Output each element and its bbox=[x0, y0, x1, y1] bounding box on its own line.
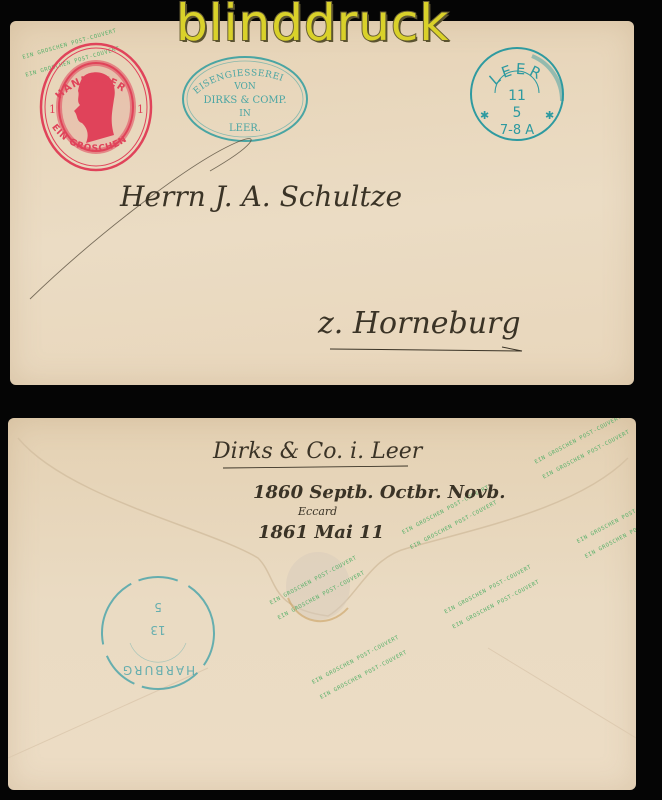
postmark-month: 5 bbox=[513, 105, 522, 121]
star-icon: ✱ bbox=[480, 109, 489, 122]
cachet-line-2: VON bbox=[233, 82, 256, 92]
note-sender: Dirks & Co. i. Leer bbox=[212, 439, 424, 464]
postmark-day: 11 bbox=[508, 88, 526, 104]
envelope-back: EIN GROSCHEN POST-COUVERT EIN GROSCHEN P… bbox=[8, 418, 636, 790]
star-icon: ✱ bbox=[545, 109, 554, 122]
address-line-1: Herrn J. A. Schultze bbox=[119, 180, 402, 213]
cachet-line-3: DIRKS & COMP. bbox=[203, 95, 286, 106]
indicium-value-right: 1 bbox=[137, 103, 144, 116]
note-name: Eccard bbox=[297, 505, 337, 518]
envelope-back-art: EIN GROSCHEN POST-COUVERT EIN GROSCHEN P… bbox=[8, 418, 636, 790]
sender-cachet: EISENGIESSEREI VON DIRKS & COMP. IN LEER… bbox=[183, 57, 307, 141]
note-dates: 1860 Septb. Octbr. Novb. bbox=[253, 482, 506, 503]
cachet-line-5: LEER. bbox=[229, 123, 261, 134]
postmark-leer: LEER 11 5 7-8 A ✱ ✱ bbox=[471, 48, 563, 140]
arrival-month: 5 bbox=[154, 600, 162, 614]
arrival-day: 13 bbox=[150, 623, 165, 637]
arrival-town: HARBURG bbox=[121, 663, 195, 677]
postmark-arrival: 13 5 HARBURG bbox=[102, 577, 214, 689]
address-underline bbox=[330, 347, 522, 351]
note-received: 1861 Mai 11 bbox=[258, 522, 384, 543]
postmark-time: 7-8 A bbox=[500, 123, 534, 138]
address-line-2: z. Horneburg bbox=[317, 306, 521, 341]
envelope-front-art: EIN GROSCHEN POST-COUVERT EIN GROSCHEN P… bbox=[10, 21, 634, 385]
cachet-line-4: IN bbox=[239, 109, 251, 119]
stamp-indicium: HANNOVER EIN GROSCHEN 1 1 bbox=[41, 44, 151, 170]
envelope-front: EIN GROSCHEN POST-COUVERT EIN GROSCHEN P… bbox=[10, 21, 634, 385]
watermark-text: blinddruck bbox=[176, 0, 449, 52]
indicium-value-left: 1 bbox=[49, 103, 56, 116]
pen-flourish bbox=[30, 139, 251, 299]
